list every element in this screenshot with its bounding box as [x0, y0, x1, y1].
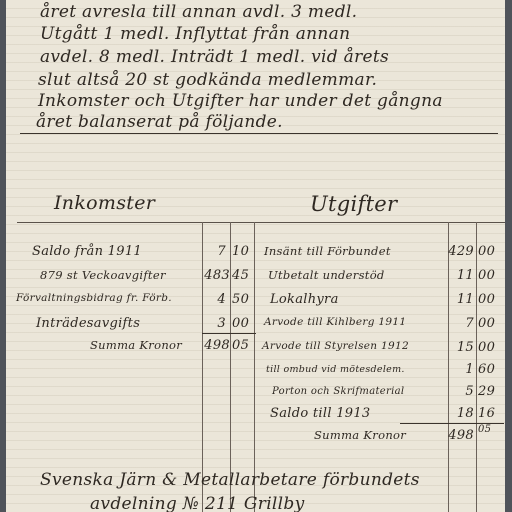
- income-row-ore: 50: [232, 292, 250, 307]
- expense-row-ore: 00: [478, 244, 498, 259]
- expense-row-label: Lokalhyra: [270, 292, 339, 307]
- income-row-label: Förvaltningsbidrag fr. Förb.: [16, 292, 172, 304]
- expense-row-ore: 00: [478, 292, 498, 307]
- expense-row-kr: 11: [448, 292, 474, 307]
- footer-union-name: Svenska Järn & Metallarbetare förbundets: [40, 470, 420, 490]
- expense-total-ore: 05: [478, 424, 498, 435]
- expense-row-label: till ombud vid mötesdelem.: [266, 364, 405, 375]
- expense-row-ore: 00: [478, 316, 498, 331]
- expense-row-ore: 16: [478, 406, 498, 421]
- expense-total-kr: 498: [448, 428, 474, 443]
- income-row-kr: 3: [202, 316, 226, 331]
- expenses-heading: Utgifter: [310, 192, 397, 216]
- expense-row-kr: 429: [448, 244, 474, 259]
- expense-row-ore: 00: [478, 340, 498, 355]
- expense-row-kr: 7: [448, 316, 474, 331]
- income-row-kr: 7: [202, 244, 226, 259]
- expense-row-ore: 60: [478, 362, 498, 377]
- income-row-kr: 4: [202, 292, 226, 307]
- income-row-ore: 45: [232, 268, 250, 283]
- ledger-page: året avresla till annan avdl. 3 medl. Ut…: [6, 0, 505, 512]
- paragraph-line: avdel. 8 medl. Inträdt 1 medl. vid årets: [40, 47, 389, 67]
- income-row-label: Inträdesavgifts: [36, 316, 140, 331]
- income-total-label: Summa Kronor: [90, 338, 182, 352]
- paragraph-line: slut altså 20 st godkända medlemmar.: [38, 70, 377, 90]
- expense-row-kr: 18: [448, 406, 474, 421]
- paragraph-line: Utgått 1 medl. Inflyttat från annan: [40, 24, 350, 44]
- paragraph-line: året avresla till annan avdl. 3 medl.: [40, 2, 357, 22]
- income-row-ore: 10: [232, 244, 250, 259]
- expense-total-label: Summa Kronor: [314, 428, 406, 442]
- expense-row-label: Insänt till Förbundet: [264, 244, 391, 258]
- paragraph-line: Inkomster och Utgifter har under det gån…: [38, 91, 443, 111]
- expense-row-kr: 11: [448, 268, 474, 283]
- column-divider: [254, 222, 255, 512]
- expense-row-label: Porton och Skrifmaterial: [272, 386, 404, 397]
- column-divider: [202, 222, 203, 512]
- income-row-kr: 483: [202, 268, 230, 283]
- expense-row-ore: 00: [478, 268, 498, 283]
- expense-row-ore: 29: [478, 384, 498, 399]
- expense-row-kr: 1: [448, 362, 474, 377]
- expense-row-kr: 5: [448, 384, 474, 399]
- expense-row-label: Arvode till Styrelsen 1912: [262, 340, 409, 352]
- income-row-label: 879 st Veckoavgifter: [40, 268, 166, 282]
- column-divider: [476, 222, 477, 512]
- income-total-kr: 498: [202, 338, 230, 353]
- income-heading: Inkomster: [54, 192, 155, 214]
- paragraph-line: året balanserat på följande.: [36, 112, 283, 132]
- income-total-ore: 05: [232, 338, 250, 353]
- income-row-label: Saldo från 1911: [32, 244, 142, 259]
- income-total-rule: [202, 333, 256, 334]
- table-header-rule: [17, 222, 505, 223]
- expense-row-label: Utbetalt understöd: [268, 268, 385, 282]
- footer-branch: avdelning № 211 Grillby: [90, 494, 305, 512]
- expense-row-label: Arvode till Kihlberg 1911: [264, 316, 406, 328]
- section-divider: [20, 133, 498, 134]
- expense-row-label: Saldo till 1913: [270, 406, 371, 421]
- expense-row-kr: 15: [448, 340, 474, 355]
- column-divider: [230, 222, 231, 512]
- income-row-ore: 00: [232, 316, 250, 331]
